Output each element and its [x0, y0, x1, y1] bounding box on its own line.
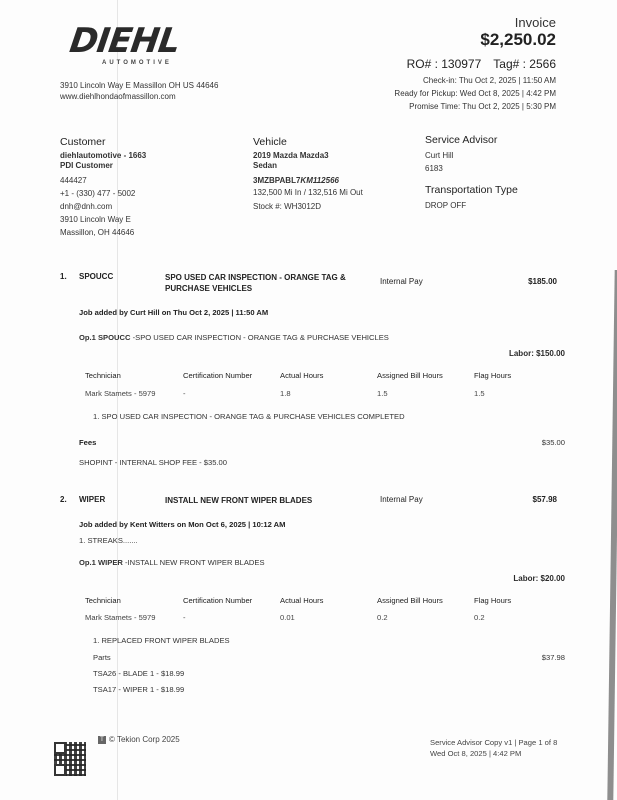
printed-date: Wed Oct 8, 2025 | 4:42 PM: [430, 748, 557, 759]
advisor-title: Service Advisor: [425, 134, 518, 146]
cell-flag-hours: 1.5: [474, 389, 485, 398]
vehicle-model: 2019 Mazda Mazda3: [253, 151, 363, 161]
tekion-icon: T: [98, 736, 106, 744]
col-bill-hours: Assigned Bill Hours: [377, 596, 443, 605]
advisor-name: Curt Hill: [425, 149, 518, 162]
op-code: Op.1 WIPER: [79, 558, 123, 567]
tag-number: Tag# : 2566: [493, 57, 556, 71]
customer-street: 3910 Lincoln Way E: [60, 213, 146, 226]
dealer-address: 3910 Lincoln Way E Massillon OH US 44646: [60, 80, 218, 91]
job-number: 1.: [60, 272, 67, 281]
cell-actual-hours: 0.01: [280, 613, 295, 622]
copyright: © Tekion Corp 2025: [109, 735, 180, 744]
transport-type: DROP OFF: [425, 199, 518, 212]
footer-info: Service Advisor Copy v1 | Page 1 of 8 We…: [430, 737, 557, 759]
vehicle-mileage: 132,500 Mi In / 132,516 Mi Out: [253, 187, 363, 198]
part-line: TSA26 - BLADE 1 - $18.99: [93, 669, 184, 678]
part-line: TSA17 - WIPER 1 - $18.99: [93, 685, 184, 694]
op-line: Op.1 WIPER -INSTALL NEW FRONT WIPER BLAD…: [79, 558, 265, 567]
job-code: SPOUCC: [79, 272, 113, 281]
col-actual-hours: Actual Hours: [280, 596, 323, 605]
customer-city: Massillon, OH 44646: [60, 226, 146, 239]
fee-line: SHOPINT - INTERNAL SHOP FEE - $35.00: [79, 458, 227, 467]
customer-email: dnh@dnh.com: [60, 200, 146, 213]
job-note: 1. REPLACED FRONT WIPER BLADES: [93, 636, 230, 645]
cell-bill-hours: 0.2: [377, 613, 388, 622]
advisor-section: Service Advisor Curt Hill 6183 Transport…: [425, 134, 518, 212]
op-description: -SPO USED CAR INSPECTION - ORANGE TAG & …: [133, 333, 389, 342]
fees-amount: $35.00: [542, 438, 565, 447]
promise-time: Promise Time: Thu Oct 2, 2025 | 5:30 PM: [394, 100, 556, 113]
customer-id: 444427: [60, 174, 146, 187]
job-amount: $185.00: [528, 277, 557, 286]
ready-for-pickup: Ready for Pickup: Wed Oct 8, 2025 | 4:42…: [394, 87, 556, 100]
col-technician: Technician: [85, 371, 121, 380]
scan-artifact-line: [117, 0, 118, 800]
check-in: Check-in: Thu Oct 2, 2025 | 11:50 AM: [394, 74, 556, 87]
col-certification: Certification Number: [183, 596, 252, 605]
customer-name: diehlautomotive - 1663: [60, 151, 146, 161]
copy-info: Service Advisor Copy v1 | Page 1 of 8: [430, 737, 557, 748]
vehicle-vin: 3MZBPABL7KM112566: [253, 174, 363, 187]
vehicle-title: Vehicle: [253, 136, 363, 148]
vin-suffix: KM112566: [300, 176, 339, 185]
col-bill-hours: Assigned Bill Hours: [377, 371, 443, 380]
parts-label: Parts: [93, 653, 111, 662]
cell-technician: Mark Stamets - 5979: [85, 613, 155, 622]
parts-amount: $37.98: [542, 653, 565, 662]
col-technician: Technician: [85, 596, 121, 605]
col-flag-hours: Flag Hours: [474, 596, 511, 605]
customer-title: Customer: [60, 136, 146, 148]
job-amount: $57.98: [533, 495, 557, 504]
job-description: SPO USED CAR INSPECTION - ORANGE TAG & P…: [165, 272, 365, 294]
cell-certification: -: [183, 389, 186, 398]
labor-amount: Labor: $150.00: [509, 349, 565, 358]
qr-code: [54, 742, 86, 776]
vehicle-body: Sedan: [253, 161, 363, 171]
fees-label: Fees: [79, 438, 96, 447]
ro-tag-line: RO# : 130977Tag# : 2566: [407, 57, 556, 71]
job-concern: 1. STREAKS.......: [79, 536, 138, 545]
logo-wordmark: DIEHL: [68, 24, 193, 58]
dealer-website: www.diehlhondaofmassillon.com: [60, 91, 218, 102]
customer-section: Customer diehlautomotive - 1663 PDI Cust…: [60, 136, 146, 239]
col-flag-hours: Flag Hours: [474, 371, 511, 380]
op-code: Op.1 SPOUCC: [79, 333, 130, 342]
invoice-total: $2,250.02: [480, 30, 556, 50]
labor-amount: Labor: $20.00: [513, 574, 565, 583]
job-description: INSTALL NEW FRONT WIPER BLADES: [165, 495, 365, 506]
cell-certification: -: [183, 613, 186, 622]
scan-edge-shadow: [607, 270, 617, 800]
invoice-title: Invoice: [515, 15, 556, 30]
job-note: 1. SPO USED CAR INSPECTION - ORANGE TAG …: [93, 412, 405, 421]
col-actual-hours: Actual Hours: [280, 371, 323, 380]
job-number: 2.: [60, 495, 67, 504]
transport-title: Transportation Type: [425, 184, 518, 196]
vehicle-section: Vehicle 2019 Mazda Mazda3 Sedan 3MZBPABL…: [253, 136, 363, 213]
job-pay-type: Internal Pay: [380, 495, 423, 504]
customer-phone: +1 - (330) 477 - 5002: [60, 187, 146, 200]
col-certification: Certification Number: [183, 371, 252, 380]
vehicle-stock: Stock #: WH3012D: [253, 200, 363, 213]
invoice-times: Check-in: Thu Oct 2, 2025 | 11:50 AM Rea…: [394, 74, 556, 113]
op-description: -INSTALL NEW FRONT WIPER BLADES: [125, 558, 265, 567]
cell-bill-hours: 1.5: [377, 389, 388, 398]
customer-type: PDI Customer: [60, 161, 146, 171]
job-code: WIPER: [79, 495, 105, 504]
job-added-by: Job added by Kent Witters on Mon Oct 6, …: [79, 520, 285, 529]
job-added-by: Job added by Curt Hill on Thu Oct 2, 202…: [79, 308, 268, 317]
advisor-id: 6183: [425, 162, 518, 175]
ro-number: RO# : 130977: [407, 57, 482, 71]
dealer-logo: DIEHL AUTOMOTIVE: [70, 24, 190, 66]
cell-actual-hours: 1.8: [280, 389, 291, 398]
op-line: Op.1 SPOUCC -SPO USED CAR INSPECTION - O…: [79, 333, 389, 342]
dealer-address-block: 3910 Lincoln Way E Massillon OH US 44646…: [60, 80, 218, 102]
job-pay-type: Internal Pay: [380, 277, 423, 286]
vin-prefix: 3MZBPABL7: [253, 176, 300, 185]
cell-flag-hours: 0.2: [474, 613, 485, 622]
cell-technician: Mark Stamets - 5979: [85, 389, 155, 398]
